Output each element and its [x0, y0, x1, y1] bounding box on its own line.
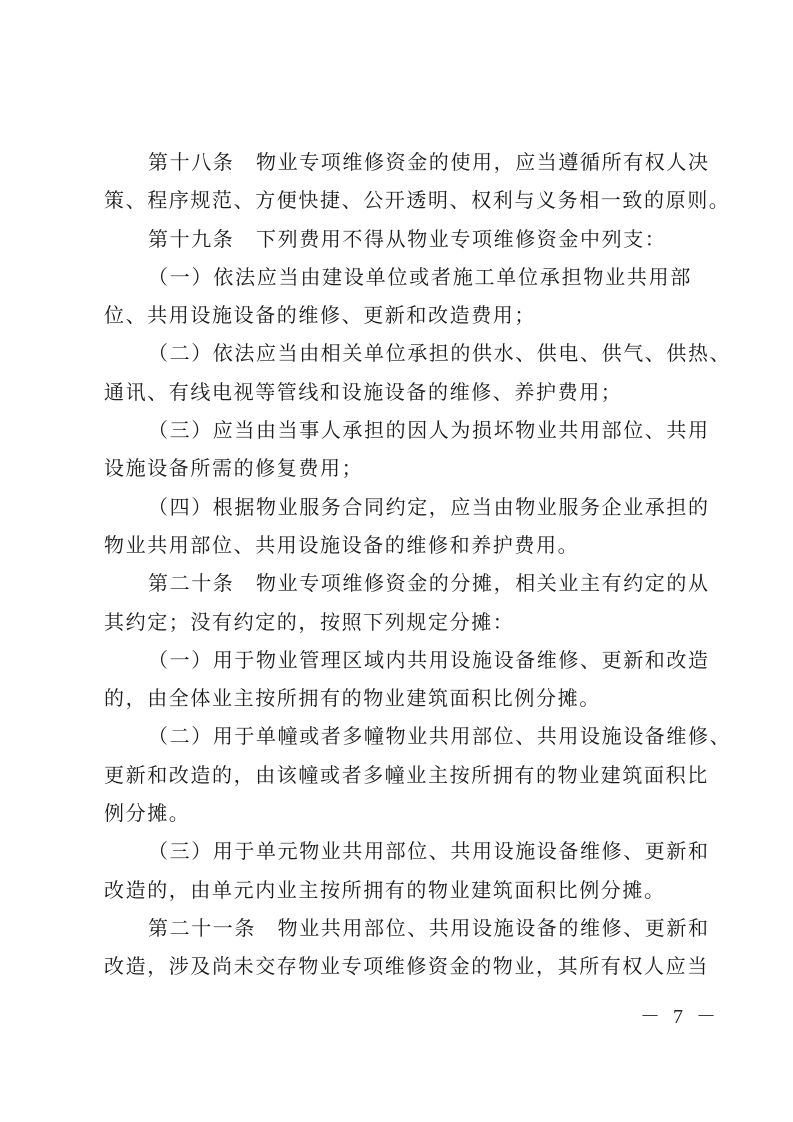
text-line: 第二十一条 物业共用部位、共用设施设备的维修、更新和 [104, 909, 692, 947]
text-line: （二）依法应当由相关单位承担的供水、供电、供气、供热、 [104, 334, 692, 372]
text-line: （四）根据物业服务合同约定，应当由物业服务企业承担的 [104, 488, 692, 526]
text-line: 通讯、有线电视等管线和设施设备的维修、养护费用； [104, 373, 692, 411]
text-line: （二）用于单幢或者多幢物业共用部位、共用设施设备维修、 [104, 717, 692, 755]
text-line: 设施设备所需的修复费用； [104, 449, 692, 487]
text-line: 第十九条 下列费用不得从物业专项维修资金中列支： [104, 220, 692, 258]
text-line: 第二十条 物业专项维修资金的分摊，相关业主有约定的从 [104, 564, 692, 602]
text-line: 例分摊。 [104, 794, 692, 832]
document-page: 第十八条 物业专项维修资金的使用，应当遵循所有权人决 策、程序规范、方便快捷、公… [0, 0, 793, 1122]
text-line: 第十八条 物业专项维修资金的使用，应当遵循所有权人决 [104, 143, 692, 181]
page-number: － 7 － [640, 1000, 720, 1029]
text-line: 位、共用设施设备的维修、更新和改造费用； [104, 296, 692, 334]
text-line: 更新和改造的，由该幢或者多幢业主按所拥有的物业建筑面积比 [104, 756, 692, 794]
text-line: 策、程序规范、方便快捷、公开透明、权利与义务相一致的原则。 [104, 181, 692, 219]
text-line: 改造的，由单元内业主按所拥有的物业建筑面积比例分摊。 [104, 871, 692, 909]
text-line: （一）依法应当由建设单位或者施工单位承担物业共用部 [104, 258, 692, 296]
text-line: 其约定；没有约定的，按照下列规定分摊： [104, 603, 692, 641]
text-line: （一）用于物业管理区域内共用设施设备维修、更新和改造 [104, 641, 692, 679]
text-line: （三）应当由当事人承担的因人为损坏物业共用部位、共用 [104, 411, 692, 449]
text-line: 物业共用部位、共用设施设备的维修和养护费用。 [104, 526, 692, 564]
text-line: 的，由全体业主按所拥有的物业建筑面积比例分摊。 [104, 679, 692, 717]
text-line: （三）用于单元物业共用部位、共用设施设备维修、更新和 [104, 832, 692, 870]
text-line: 改造，涉及尚未交存物业专项维修资金的物业，其所有权人应当 [104, 947, 692, 985]
document-body: 第十八条 物业专项维修资金的使用，应当遵循所有权人决 策、程序规范、方便快捷、公… [104, 143, 692, 986]
